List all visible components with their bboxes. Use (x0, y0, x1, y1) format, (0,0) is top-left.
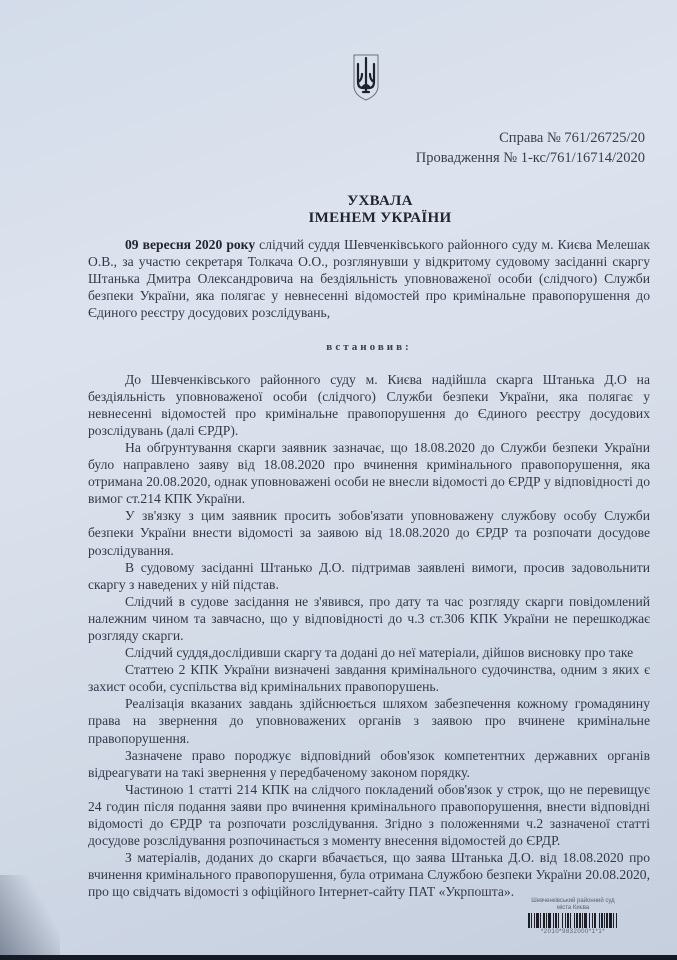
paragraph: В судовому засіданні Штанько Д.О. підтри… (88, 559, 650, 593)
paragraph: До Шевченківського районного суду м. Киє… (88, 371, 650, 439)
proceeding-number: Провадження № 1-кс/761/16714/2020 (416, 148, 645, 168)
paragraph: Зазначене право породжує відповідний обо… (88, 747, 650, 781)
paragraph: Частиною 1 статті 214 КПК на слідчого по… (88, 781, 650, 849)
paragraph: Реалізація вказаних завдань здійснюється… (88, 695, 650, 746)
paragraph: Слідчий в судове засідання не з'явився, … (88, 593, 650, 644)
barcode (478, 913, 668, 928)
paragraph: Слідчий суддя,дослідивши скаргу та додан… (88, 644, 650, 661)
paragraph: На обґрунтування скарги заявник зазначає… (88, 439, 650, 507)
case-number: Справа № 761/26725/20 (416, 128, 645, 148)
ukraine-trident-icon (351, 52, 381, 102)
stamp-court: Шевченківський районний суд (478, 897, 668, 905)
intro-date: 09 вересня 2020 року (125, 237, 255, 252)
ruling-heading: встановив: (88, 339, 650, 356)
document-body: 09 вересня 2020 року слідчий суддя Шевче… (88, 236, 650, 900)
paragraph: Статтею 2 КПК України визначені завдання… (88, 661, 650, 695)
court-barcode-stamp: Шевченківський районний суд міста Києва … (478, 897, 668, 936)
document-subtitle: ІМЕНЕМ УКРАЇНИ (0, 210, 677, 227)
paper-shadow (0, 875, 60, 955)
document-page: Справа № 761/26725/20 Провадження № 1-кс… (0, 0, 677, 955)
paragraph: У зв'язку з цим заявник просить зобов'яз… (88, 507, 650, 558)
barcode-text: *2010*9832000*1*1* (478, 928, 668, 936)
document-title: УХВАЛА (0, 193, 677, 210)
table-surface (0, 955, 677, 960)
paragraph: З матеріалів, доданих до скарги вбачаєть… (88, 849, 650, 900)
stamp-city: міста Києва (478, 905, 668, 912)
case-info: Справа № 761/26725/20 Провадження № 1-кс… (416, 128, 645, 168)
intro-paragraph: 09 вересня 2020 року слідчий суддя Шевче… (88, 236, 650, 321)
